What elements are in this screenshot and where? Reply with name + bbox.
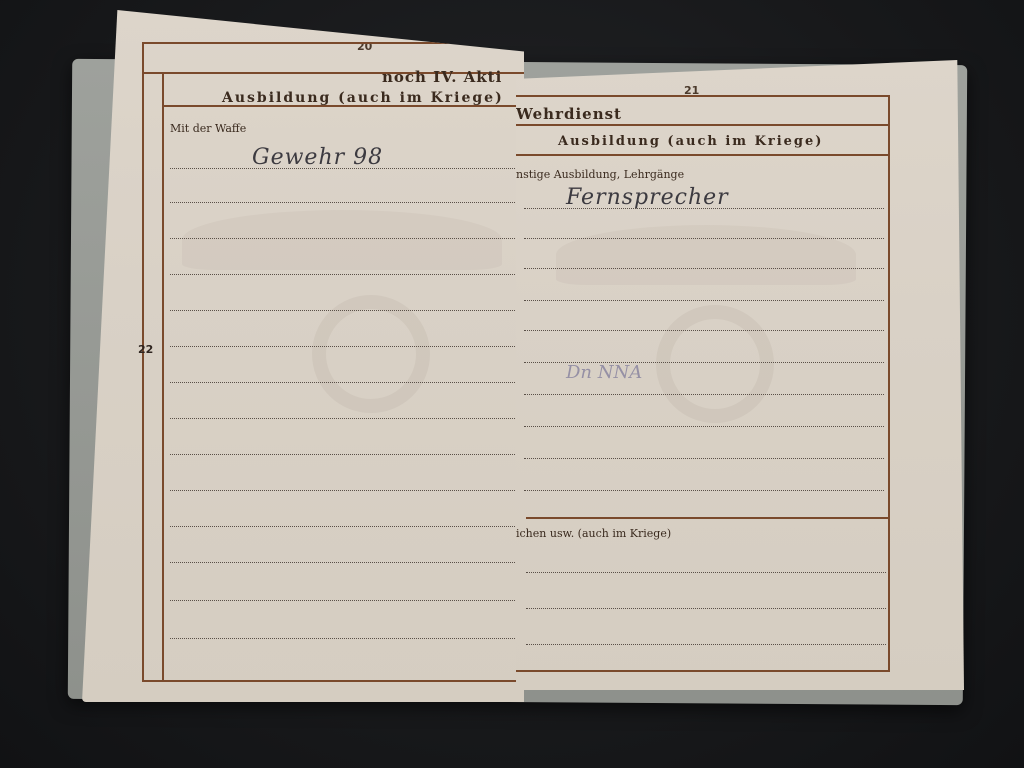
lower-field-label: ichen usw. (auch im Kriege): [516, 527, 671, 540]
row-column-rule: [162, 72, 164, 682]
header-rule: [512, 124, 890, 126]
subsection-title: Ausbildung (auch im Kriege): [222, 90, 504, 106]
section-header: Wehrdienst: [516, 105, 622, 123]
subheader-rule: [512, 154, 890, 156]
left-page: 20 noch IV. Akti Ausbildung (auch im Kri…: [82, 10, 524, 702]
handwritten-entry: Gewehr 98: [252, 145, 383, 170]
right-page: 21 Wehrdienst Ausbildung (auch im Kriege…: [516, 60, 964, 690]
subsection-title: Ausbildung (auch im Kriege): [558, 134, 823, 149]
field-label: Mit der Waffe: [170, 122, 246, 135]
lower-section-rule: [526, 517, 890, 519]
row-number: 22: [138, 343, 153, 356]
field-label: nstige Ausbildung, Lehrgänge: [516, 168, 684, 181]
handwritten-entry: Fernsprecher: [566, 185, 729, 210]
section-header: noch IV. Akti: [382, 68, 502, 86]
ink-stamp: Dn NNA: [566, 362, 642, 383]
page-frame: [142, 42, 532, 682]
page-frame: [512, 95, 890, 672]
